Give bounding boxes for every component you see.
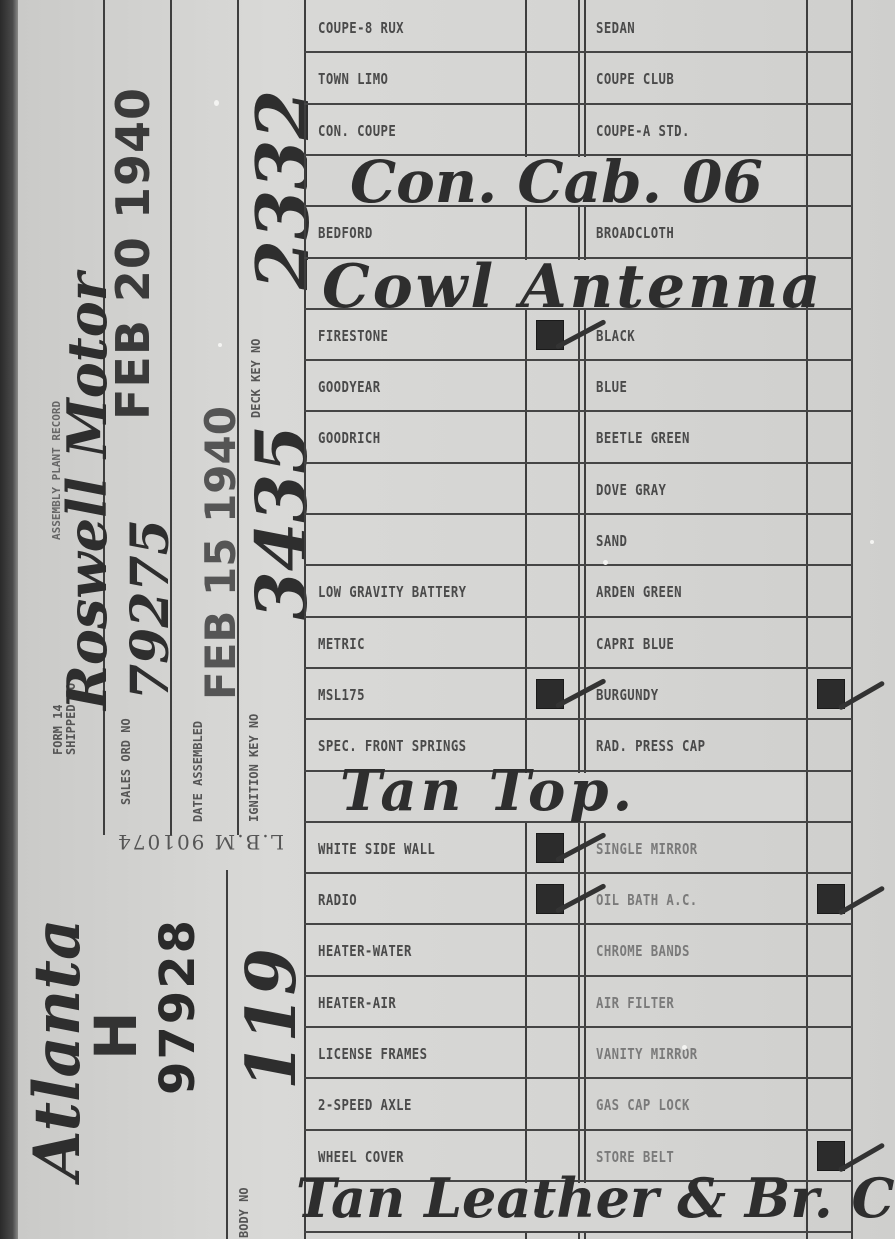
option-label-left: HEATER-WATER [318, 924, 523, 975]
paper-speck [682, 1045, 687, 1050]
table-row: RADIOOIL BATH A.C. [304, 873, 852, 924]
paper-speck [218, 343, 222, 347]
option-checkbox-right[interactable] [807, 411, 851, 462]
table-row: 2-SPEED AXLEGAS CAP LOCK [304, 1078, 852, 1129]
option-checkbox-left[interactable] [526, 360, 578, 411]
date-assembled-label: DATE ASSEMBLED [192, 721, 205, 822]
option-label-right: COUPE CLUB [596, 52, 809, 103]
option-label-left: MSL175 [318, 668, 523, 719]
option-label-left [318, 514, 523, 565]
sales-ord-label: SALES ORD NO [120, 718, 133, 805]
option-checkbox-right[interactable] [807, 873, 851, 924]
option-label-left: WHITE SIDE WALL [318, 822, 523, 873]
option-label-left: 2-SPEED AXLE [318, 1078, 523, 1129]
option-checkbox-left[interactable] [526, 617, 578, 668]
option-label-right: CHROME BANDS [596, 924, 809, 975]
card-edge-shadow [0, 0, 18, 1239]
option-checkbox-right[interactable] [807, 822, 851, 873]
option-label-left: GOODYEAR [318, 360, 523, 411]
option-checkbox-left[interactable] [526, 1078, 578, 1129]
option-label-left: TOWN LIMO [318, 52, 523, 103]
option-label-right: BEETLE GREEN [596, 411, 809, 462]
option-label-left: COUPE-8 RUX [318, 1, 523, 52]
option-label-right: BURGUNDY [596, 668, 809, 719]
table-row: METRICCAPRI BLUE [304, 617, 852, 668]
paper-speck [603, 560, 608, 565]
option-label-left [318, 463, 523, 514]
option-label-left: LOW GRAVITY BATTERY [318, 565, 523, 616]
option-checkbox-left[interactable] [526, 668, 578, 719]
option-label-left: RADIO [318, 873, 523, 924]
table-row: WHITE SIDE WALLSINGLE MIRROR [304, 822, 852, 873]
note-trim-line: Tan Leather & Br. Cord [296, 1166, 895, 1230]
grid-row-rule [304, 1231, 852, 1233]
body-no-value: 119 [232, 948, 312, 1090]
option-label-right: VANITY MIRROR [596, 1027, 809, 1078]
option-checkbox-left[interactable] [526, 411, 578, 462]
table-row: MSL175BURGUNDY [304, 668, 852, 719]
option-checkbox-left[interactable] [526, 463, 578, 514]
option-checkbox-right[interactable] [807, 463, 851, 514]
option-label-right: SEDAN [596, 1, 809, 52]
option-checkbox-right[interactable] [807, 360, 851, 411]
table-row: COUPE-8 RUXSEDAN [304, 1, 852, 52]
lbm-code: L.B.M 901074 [105, 830, 295, 854]
table-row: GOODRICHBEETLE GREEN [304, 411, 852, 462]
option-checkbox-right[interactable] [807, 668, 851, 719]
shipped-to-value: Roswell Motor [55, 273, 119, 710]
note-accessory-line: Cowl Antenna [322, 252, 823, 322]
rule-body-no [226, 870, 228, 1239]
table-row: TOWN LIMOCOUPE CLUB [304, 52, 852, 103]
plant-code: H [82, 1011, 150, 1060]
option-checkbox-right[interactable] [807, 514, 851, 565]
option-checkbox-right[interactable] [807, 1, 851, 52]
option-label-left: LICENSE FRAMES [318, 1027, 523, 1078]
paper-speck [870, 540, 874, 544]
option-checkbox-right[interactable] [807, 1078, 851, 1129]
option-checkbox-right[interactable] [807, 1027, 851, 1078]
option-checkbox-left[interactable] [526, 514, 578, 565]
table-row: SAND [304, 514, 852, 565]
option-checkbox-left[interactable] [526, 924, 578, 975]
option-label-right: SINGLE MIRROR [596, 822, 809, 873]
option-label-right: ARDEN GREEN [596, 565, 809, 616]
option-checkbox-left[interactable] [526, 1, 578, 52]
table-row: GOODYEARBLUE [304, 360, 852, 411]
option-checkbox-left[interactable] [526, 52, 578, 103]
option-label-right: BLUE [596, 360, 809, 411]
sales-ord-value: 79275 [120, 519, 181, 700]
option-checkbox-right[interactable] [807, 206, 851, 257]
option-checkbox-left[interactable] [526, 565, 578, 616]
rule-sales-ord [170, 0, 172, 835]
paper-speck [214, 100, 219, 106]
option-label-right: CAPRI BLUE [596, 617, 809, 668]
option-checkbox-right[interactable] [807, 52, 851, 103]
option-checkbox-right[interactable] [807, 976, 851, 1027]
option-label-right: DOVE GRAY [596, 463, 809, 514]
option-checkbox-right[interactable] [807, 719, 851, 770]
option-checkbox-left[interactable] [526, 1027, 578, 1078]
option-checkbox-left[interactable] [526, 873, 578, 924]
serial-number: 97928 [150, 918, 206, 1095]
option-label-right: SAND [596, 514, 809, 565]
option-checkbox-right[interactable] [807, 924, 851, 975]
deck-key-label: DECK KEY NO [250, 339, 263, 418]
option-label-right: AIR FILTER [596, 976, 809, 1027]
option-label-right: OIL BATH A.C. [596, 873, 809, 924]
option-label-left: METRIC [318, 617, 523, 668]
option-checkbox-right[interactable] [807, 565, 851, 616]
option-label-right: GAS CAP LOCK [596, 1078, 809, 1129]
option-checkbox-right[interactable] [807, 617, 851, 668]
option-checkbox-right[interactable] [807, 104, 851, 155]
table-row: HEATER-WATERCHROME BANDS [304, 924, 852, 975]
body-no-label: BODY NO [238, 1187, 251, 1238]
table-row: LICENSE FRAMESVANITY MIRROR [304, 1027, 852, 1078]
table-row: LOW GRAVITY BATTERYARDEN GREEN [304, 565, 852, 616]
option-label-left: GOODRICH [318, 411, 523, 462]
assembled-date-stamp: FEB 15 1940 [196, 406, 245, 700]
ignition-key-label: IGNITION KEY NO [248, 714, 261, 822]
table-row: DOVE GRAY [304, 463, 852, 514]
note-model-line: Con. Cab. 06 [350, 148, 763, 216]
option-checkbox-left[interactable] [526, 976, 578, 1027]
table-row: HEATER-AIRAIR FILTER [304, 976, 852, 1027]
note-top-line: Tan Top. [340, 758, 636, 824]
assembly-record-card: FORM 14SHIPPED TO ASSEMBLY PLANT RECORD … [0, 0, 895, 1239]
option-checkbox-left[interactable] [526, 822, 578, 873]
option-label-left: HEATER-AIR [318, 976, 523, 1027]
